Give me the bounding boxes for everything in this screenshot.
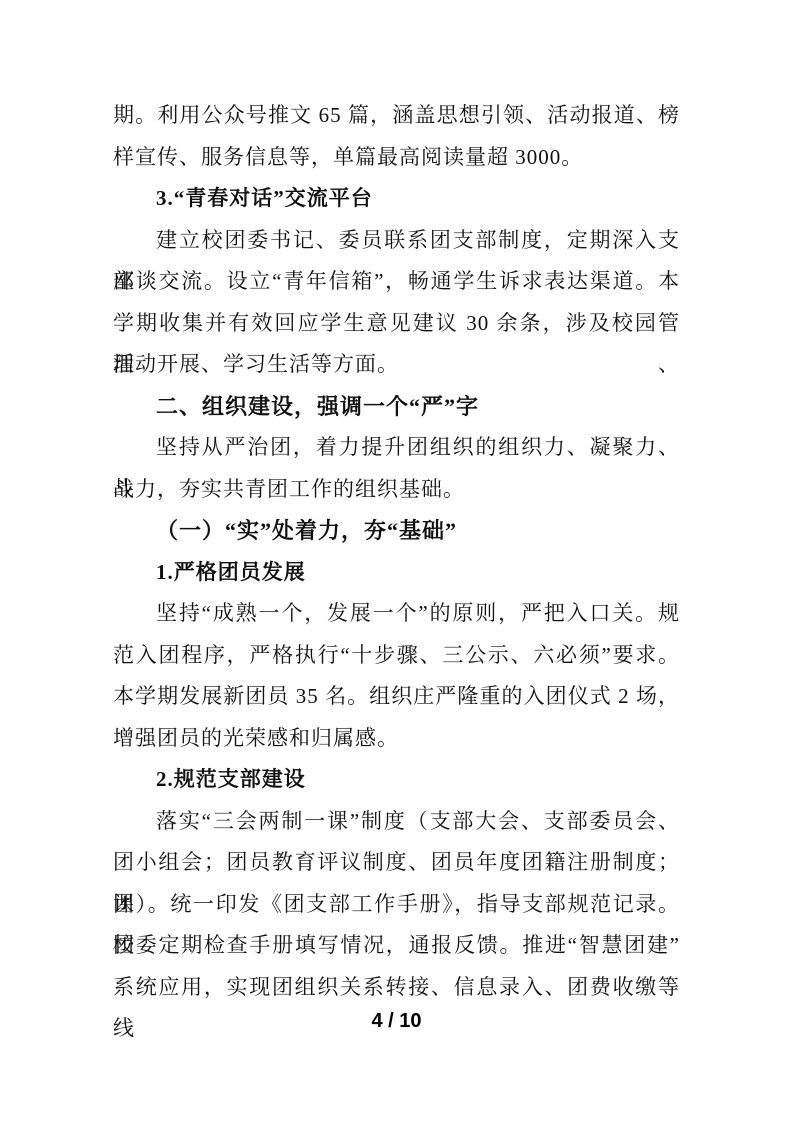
document-body: 期。利用公众号推文 65 篇，涵盖思想引领、活动报道、榜 样宣传、服务信息等，单… [113,95,680,1008]
document-page: 期。利用公众号推文 65 篇，涵盖思想引领、活动报道、榜 样宣传、服务信息等，单… [0,0,793,1122]
body-line: 样宣传、服务信息等，单篇最高阅读量超 3000。 [113,137,680,179]
body-line: 坚持从严治团，着力提升团组织的组织力、凝聚力、战 [113,427,680,469]
body-line: 建立校团委书记、委员联系团支部制度，定期深入支部 [113,220,680,262]
body-line: 团小组会；团员教育评议制度、团员年度团籍注册制度；团 [113,842,680,884]
body-line: 期。利用公众号推文 65 篇，涵盖思想引领、活动报道、榜 [113,95,680,137]
heading-line: 1.严格团员发展 [113,552,680,594]
body-line: 本学期发展新团员 35 名。组织庄严隆重的入团仪式 2 场， [113,676,680,718]
body-line: 系统应用，实现团组织关系转接、信息录入、团费收缴等线 [113,967,680,1009]
body-line: 范入团程序，严格执行“十步骤、三公示、六必须”要求。 [113,635,680,677]
body-line: 座谈交流。设立“青年信箱”，畅通学生诉求表达渠道。本 [113,261,680,303]
heading-line: 2.规范支部建设 [113,759,680,801]
body-line: 斗力，夯实共青团工作的组织基础。 [113,469,680,511]
heading-line: （一）“实”处着力，夯“基础” [113,510,680,552]
body-line: 课）。统一印发《团支部工作手册》，指导支部规范记录。校 [113,884,680,926]
body-line: 学期收集并有效回应学生意见建议 30 余条，涉及校园管理、 [113,303,680,345]
body-line: 团委定期检查手册填写情况，通报反馈。推进“智慧团建” [113,925,680,967]
heading-line: 3.“青春对话”交流平台 [113,178,680,220]
body-line: 落实“三会两制一课”制度（支部大会、支部委员会、 [113,801,680,843]
page-number: 4 / 10 [0,1010,793,1033]
body-line: 增强团员的光荣感和归属感。 [113,718,680,760]
heading-line: 二、组织建设，强调一个“严”字 [113,386,680,428]
body-line: 坚持“成熟一个，发展一个”的原则，严把入口关。规 [113,593,680,635]
